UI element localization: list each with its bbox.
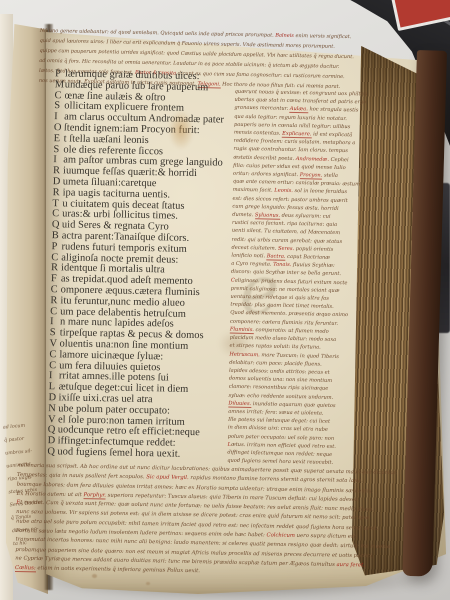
- gloss-text: a Cyro regnata.: [231, 261, 273, 268]
- gloss-text: inundatio aquarum quæ quietos: [251, 401, 336, 409]
- gloss-lemma-red: Seres.: [278, 246, 294, 252]
- gloss-text: ad locum: [3, 424, 26, 431]
- gloss-text: cum grege languido: fessus æstu. horridi: [232, 203, 338, 212]
- gloss-text: æstatis describit poeta.: [233, 154, 296, 161]
- photo-of-open-book: e ad locumq̃ pastorumbras sil-uani caret…: [0, 0, 450, 600]
- gloss-lemma-red: Balneis: [275, 33, 294, 39]
- page-stain-faint: [218, 330, 252, 358]
- gloss-text: lanificio noti.: [231, 253, 267, 260]
- bottom-margin-gloss: millenaria sua scripsit. Ab hoc ordine a…: [15, 462, 397, 581]
- gloss-text: enim uersis significat.: [294, 33, 352, 40]
- gloss-lemma-red: Diluuies.: [228, 400, 251, 408]
- gloss-text: caput Bactrianæ: [285, 254, 330, 261]
- gloss-text: hoc stragula uestis: [308, 107, 359, 114]
- gloss-text: populi orientis: [294, 246, 333, 253]
- gloss-lemma-red: Explicuere.: [282, 131, 311, 139]
- gloss-lemma-red: Bactra.: [267, 253, 286, 260]
- gloss-text: deus syluarum: cui: [280, 213, 331, 220]
- printed-verse-column: Plærumque graiæ diuitibus uices:Mundæque…: [47, 69, 225, 461]
- gloss-text: trepidat: plus quam licet timet mortalis…: [230, 302, 334, 310]
- gloss-text: maximum facit.: [233, 187, 275, 194]
- gloss-text: stella: [322, 173, 338, 179]
- page-stain: [168, 110, 194, 150]
- gloss-lemma-red: Andromedæ.: [296, 156, 329, 163]
- gloss-text: in diem dixisse uixi: cras uel atra nube: [228, 425, 328, 433]
- gloss-text: rapidus montano flumine torrens sternit …: [189, 475, 363, 484]
- gloss-lemma-red: Cœlius:: [15, 565, 36, 572]
- verse-initial: Q: [47, 447, 57, 458]
- gloss-text: dumeta.: [232, 212, 255, 218]
- gloss-lemma-red: aura feret.: [336, 562, 365, 569]
- foxing-spot: [92, 574, 97, 578]
- gloss-text: deceat ciuitatem.: [231, 245, 278, 252]
- gloss-text: q̃ pastor: [4, 437, 24, 444]
- gloss-text: aliginosa. prudens deus futuri exitum no…: [235, 277, 348, 286]
- gloss-text: mensis contentus.: [234, 130, 282, 137]
- gloss-text: granaues mercantur.: [234, 105, 290, 112]
- gloss-text: umbras sil-: [5, 449, 32, 456]
- gloss-text: fluuius Scythiæ:: [291, 262, 335, 269]
- gloss-text: domos uoluentis una: non sine montium: [229, 376, 332, 384]
- gloss-text: clamore: resonantibus ripis uicinæque: [229, 384, 329, 392]
- page-content: Nõ uno genere uidebantur: ad quod uenieb…: [35, 24, 446, 600]
- gloss-lemma-red: Porphyr.: [83, 492, 106, 499]
- gloss-lemma-red: Leonis.: [274, 188, 293, 194]
- gloss-text: mare Tuscum: in quod Tiberis: [260, 352, 339, 360]
- right-margin-gloss: quærunt nouas q̃ uexisse: et congruunt u…: [227, 88, 367, 468]
- verse-text: uod fugiens ſemel hora uexit.: [57, 446, 180, 459]
- gloss-text: Tempestas: quia in nauis psallent fert s…: [17, 472, 146, 480]
- gloss-lemma-red: Colchicum: [266, 532, 295, 538]
- gloss-lemma-red: Aulæa.: [290, 106, 308, 113]
- gloss-text: etiam in uotis experimentis q̃ inferiora…: [36, 566, 200, 575]
- gloss-text: uero supra dictum est.: [295, 533, 358, 540]
- gloss-text: diffinget infectumque non reddet: neque: [227, 449, 332, 457]
- gloss-text: id est explicatã: [311, 131, 352, 138]
- gloss-text: Cephei: [329, 156, 349, 162]
- gloss-lemma-red: Tanais.: [273, 262, 291, 268]
- gloss-text: quod fugiens semel hora uexit reuocabit.: [227, 458, 333, 466]
- verse-line: Quod fugiens ſemel hora uexit.: [47, 447, 217, 461]
- gloss-text: comparatio: ut flumen modo: [254, 327, 329, 335]
- gloss-lemma-red: Sic apud Vergil.: [146, 475, 189, 482]
- gloss-text: Ex Horatio autem: ut ait: [17, 491, 84, 498]
- foxing-spot: [146, 582, 150, 585]
- gloss-text: sol in leone feruidus: [293, 188, 347, 195]
